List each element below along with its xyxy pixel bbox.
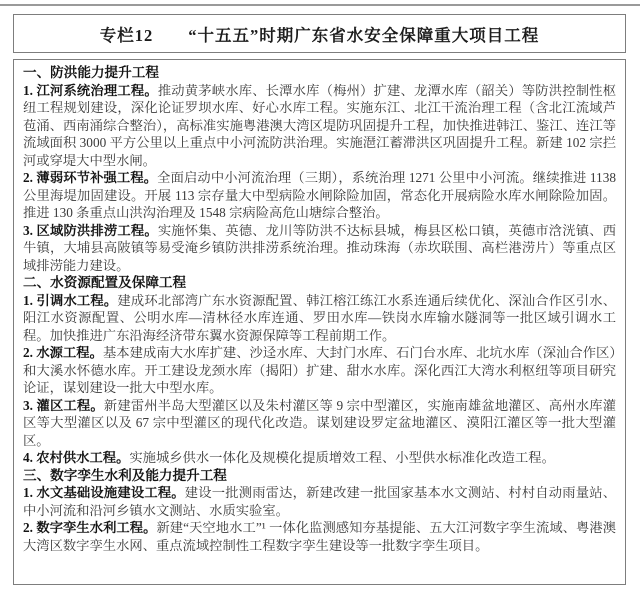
item-lead: 2. 水源工程。 [23,345,103,360]
section-heading-flood: 一、防洪能力提升工程 [23,64,616,82]
item-river-system: 1. 江河系统治理工程。推动黄茅峡水库、长潭水库（梅州）扩建、龙潭水库（韶关）等… [23,82,616,170]
item-text: 实施城乡供水一体化及规模化提质增效工程、小型供水标准化改造工程。 [129,450,555,465]
document-page: 专栏12 “十五五”时期广东省水安全保障重大项目工程 一、防洪能力提升工程 1.… [0,0,640,600]
item-lead: 3. 灌区工程。 [23,398,104,413]
item-lead: 2. 数字孪生水利工程。 [23,520,156,535]
section-heading-digital-twin: 三、数字孪生水利及能力提升工程 [23,467,616,485]
section-heading-water-resources: 二、水资源配置及保障工程 [23,274,616,292]
item-digital-twin-water: 2. 数字孪生水利工程。新建“天空地水工”¹ 一体化监测感知夯基提能、五大江河数… [23,519,616,554]
item-text: 基本建成南大水库扩建、沙迳水库、大封门水库、石门台水库、北坑水库（深汕合作区）和… [23,345,616,395]
item-rural-water-supply: 4. 农村供水工程。实施城乡供水一体化及规模化提质增效工程、小型供水标准化改造工… [23,449,616,467]
column-title-box: 专栏12 “十五五”时期广东省水安全保障重大项目工程 [13,14,626,53]
item-water-source: 2. 水源工程。基本建成南大水库扩建、沙迳水库、大封门水库、石门台水库、北坑水库… [23,344,616,397]
item-lead: 2. 薄弱环节补强工程。 [23,170,157,185]
item-lead: 1. 水文基础设施建设工程。 [23,485,185,500]
item-irrigation-district: 3. 灌区工程。新建雷州半岛大型灌区以及朱村灌区等 9 宗中型灌区，实施南雄盆地… [23,397,616,450]
column-body-box: 一、防洪能力提升工程 1. 江河系统治理工程。推动黄茅峡水库、长潭水库（梅州）扩… [13,59,626,585]
item-lead: 1. 江河系统治理工程。 [23,83,158,98]
item-regional-drainage: 3. 区域防洪排涝工程。实施怀集、英德、龙川等防洪不达标县城，梅县区松口镇，英德… [23,222,616,275]
item-lead: 1. 引调水工程。 [23,293,117,308]
item-hydrology-infrastructure: 1. 水文基础设施建设工程。建设一批测雨雷达，新建改建一批国家基本水文测站、村村… [23,484,616,519]
item-text: 新建雷州半岛大型灌区以及朱村灌区等 9 宗中型灌区，实施南雄盆地灌区、高州水库灌… [23,398,616,448]
column-title: 专栏12 “十五五”时期广东省水安全保障重大项目工程 [100,22,540,46]
item-lead: 3. 区域防洪排涝工程。 [23,223,158,238]
top-divider [0,4,640,6]
item-water-diversion: 1. 引调水工程。建成环北部湾广东水资源配置、韩江榕江练江水系连通后续优化、深汕… [23,292,616,345]
item-weak-links: 2. 薄弱环节补强工程。全面启动中小河流治理（三期），系统治理 1271 公里中… [23,169,616,222]
item-lead: 4. 农村供水工程。 [23,450,129,465]
